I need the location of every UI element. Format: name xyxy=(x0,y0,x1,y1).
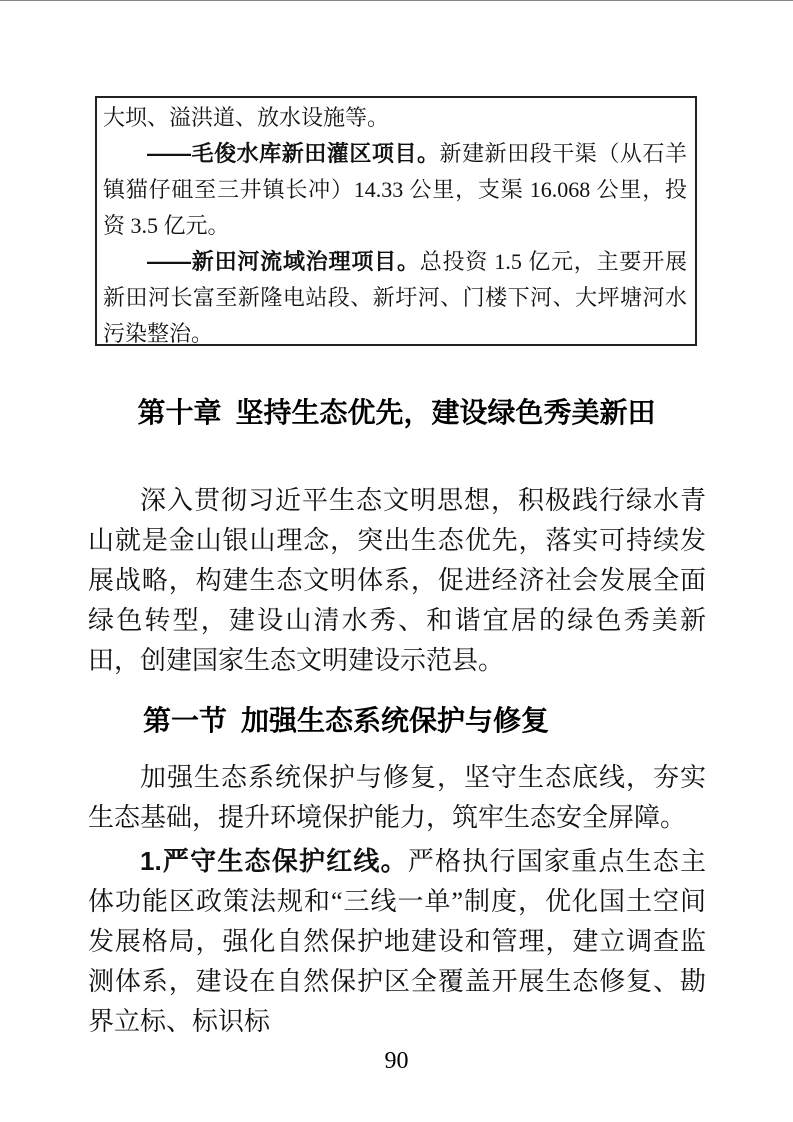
box-paragraph-text: 大坝、溢洪道、放水设施等。 xyxy=(103,105,389,130)
project-1-title: ——毛俊水库新田灌区项目。 xyxy=(147,141,440,166)
page-top-edge-line xyxy=(0,0,793,1)
box-paragraph-project-1: ——毛俊水库新田灌区项目。新建新田段干渠（从石羊镇猫仔砠至三井镇长冲）14.33… xyxy=(103,136,687,244)
chapter-heading: 第十章坚持生态优先，建设绿色秀美新田 xyxy=(0,397,793,429)
project-2-title: ——新田河流域治理项目。 xyxy=(147,249,420,274)
section-1-label: 第一节 xyxy=(143,705,227,736)
page-number: 90 xyxy=(0,1048,793,1075)
chapter-label: 第十章 xyxy=(137,397,221,428)
box-paragraph-continuation: 大坝、溢洪道、放水设施等。 xyxy=(103,100,687,136)
section-1-paragraph-1: 加强生态系统保护与修复，坚守生态底线，夯实生态基础，提升环境保护能力，筑牢生态安… xyxy=(88,758,706,838)
box-paragraph-project-2: ——新田河流域治理项目。总投资 1.5 亿元，主要开展新田河长富至新隆电站段、新… xyxy=(103,244,687,346)
section-1-title: 加强生态系统保护与修复 xyxy=(241,705,549,736)
section-1-paragraph-2: 1.严守生态保护红线。严格执行国家重点生态主体功能区政策法规和“三线一单”制度，… xyxy=(88,841,706,1042)
chapter-intro-paragraph: 深入贯彻习近平生态文明思想，积极践行绿水青山就是金山银山理念，突出生态优先，落实… xyxy=(88,481,706,681)
document-page: 大坝、溢洪道、放水设施等。 ——毛俊水库新田灌区项目。新建新田段干渠（从石羊镇猫… xyxy=(0,0,793,1122)
project-list-box: 大坝、溢洪道、放水设施等。 ——毛俊水库新田灌区项目。新建新田段干渠（从石羊镇猫… xyxy=(95,96,697,346)
chapter-title: 坚持生态优先，建设绿色秀美新田 xyxy=(236,397,656,428)
section-1-heading: 第一节加强生态系统保护与修复 xyxy=(88,704,549,738)
red-line-item-title: 1.严守生态保护红线。 xyxy=(140,846,408,876)
